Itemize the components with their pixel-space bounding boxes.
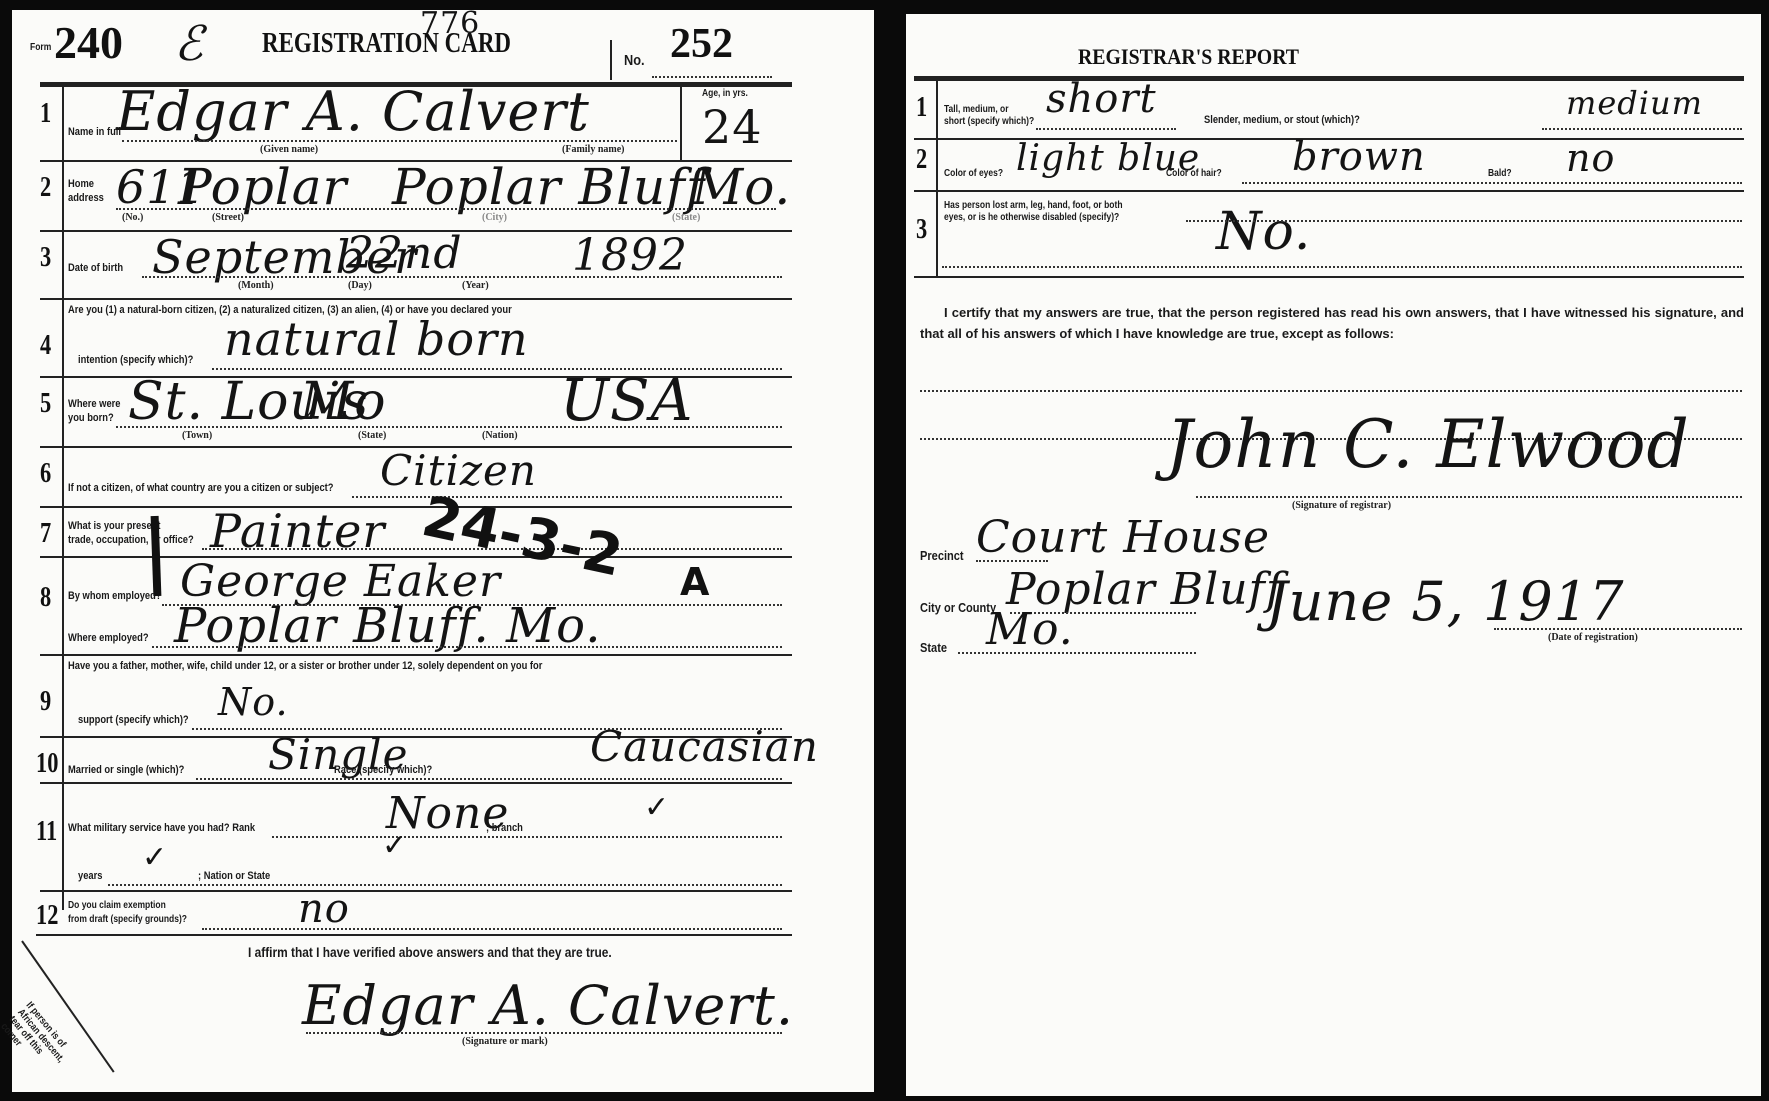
disability-value: No. [1216, 202, 1311, 262]
serial-annotation: 776 [420, 6, 480, 41]
registrar-initial: ℰ [174, 16, 204, 72]
citizenship-value: natural born [224, 312, 529, 366]
birth-year: 1892 [572, 230, 688, 281]
corner-note: If person is of African descent, tear of… [0, 1000, 82, 1088]
registration-card-back: REGISTRAR'S REPORT 1 Tall, medium, or sh… [906, 14, 1761, 1096]
height-value: short [1046, 76, 1157, 122]
build-value: medium [1566, 84, 1703, 122]
age-value: 24 [702, 100, 763, 154]
birth-nation: USA [560, 366, 694, 434]
birth-state: Mo [300, 372, 387, 432]
dependents-value: No. [218, 680, 289, 724]
hair-color-value: brown [1292, 134, 1426, 180]
affirmation-text: I affirm that I have verified above answ… [248, 944, 612, 960]
report-title: REGISTRAR'S REPORT [1078, 44, 1299, 70]
row-number-column [62, 82, 64, 910]
classification-stamp-suffix: A [680, 560, 709, 604]
registration-date: June 5, 1917 [1266, 570, 1624, 633]
card-no-label: No. [624, 52, 645, 69]
bald-value: no [1566, 136, 1615, 180]
registration-card-front: Form 240 ℰ REGISTRATION CARD 776 No. 252… [12, 10, 874, 1092]
exemption-value: no [298, 886, 350, 932]
registrar-signature: John C. Elwood [1166, 406, 1690, 483]
registrant-signature: Edgar A. Calvert. [302, 974, 794, 1037]
divider [610, 40, 612, 80]
name-value: Edgar A. Calvert [116, 80, 590, 143]
precinct-value: Court House [976, 512, 1270, 563]
race-value: Caucasian [590, 722, 819, 771]
certification-text: I certify that my answers are true, that… [920, 302, 1744, 344]
birth-day: 22nd [346, 228, 463, 279]
citizen-of-value: Citizen [380, 446, 537, 495]
state-value: Mo. [986, 604, 1074, 655]
form-label: Form [30, 42, 51, 53]
form-number: 240 [54, 16, 123, 69]
card-number: 252 [670, 20, 733, 68]
nation-value: ✓ [382, 828, 408, 863]
years-value: ✓ [142, 840, 168, 875]
branch-value: ✓ [644, 790, 670, 825]
